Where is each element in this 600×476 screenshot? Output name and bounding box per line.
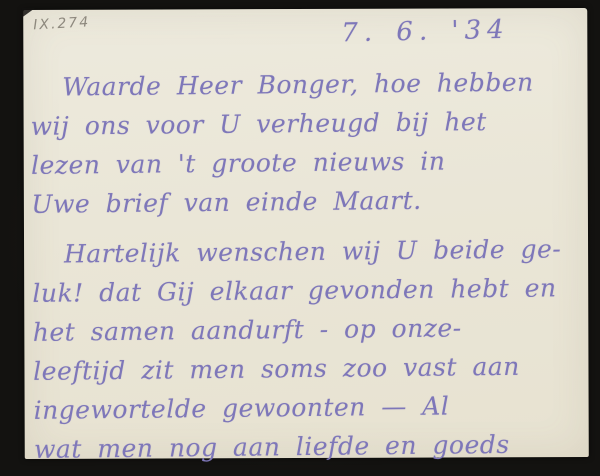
letter-line: ingewortelde gewoonten — Al (33, 385, 581, 430)
letter-line: lezen van 't groote nieuws in (31, 140, 579, 185)
archival-annotation: IX.274 (33, 14, 91, 33)
letter-line: wat men nog aan liefde en goeds (34, 424, 582, 469)
letter-line: luk! dat Gij elkaar gevonden hebt en (32, 268, 580, 313)
letter-line: Hartelijk wenschen wij U beide ge- (32, 229, 580, 274)
scan-background: IX.274 7. 6. '34 Waarde Heer Bonger, hoe… (0, 0, 600, 476)
letter-line: leeftijd zit men soms zoo vast aan (33, 346, 581, 391)
letter-body: Waarde Heer Bonger, hoe hebben wij ons v… (30, 62, 582, 469)
letter-line: het samen aandurft - op onze- (33, 307, 581, 352)
letter-date: 7. 6. '34 (341, 15, 510, 49)
letter-paper: IX.274 7. 6. '34 Waarde Heer Bonger, hoe… (23, 8, 589, 459)
letter-line: Waarde Heer Bonger, hoe hebben (30, 62, 578, 107)
letter-line: wij ons voor U verheugd bij het (30, 101, 578, 146)
letter-line: Uwe brief van einde Maart. (31, 179, 579, 224)
